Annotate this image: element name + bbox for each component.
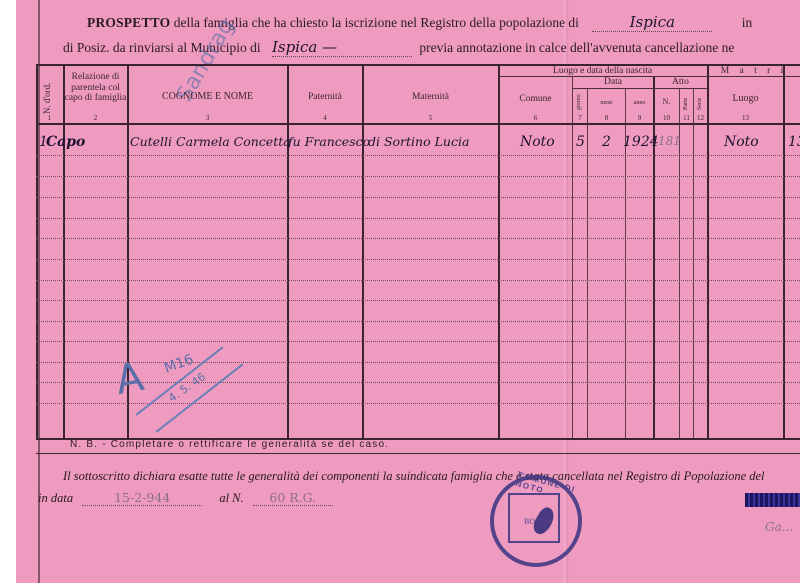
cell-anno: 1924: [623, 134, 659, 150]
column-header-comune: Comune: [499, 94, 572, 105]
subgroup-header-divider: [572, 88, 707, 89]
col-divider: [572, 76, 573, 438]
marriage-header-divider: [707, 76, 800, 77]
column-header-cognome-nome: COGNOME E NOME: [128, 92, 287, 103]
column-number: 6: [499, 114, 572, 122]
municipal-stamp: COMUNE DI NOTO BOLLO: [490, 475, 582, 567]
header-line-2-text: di Posiz. da rinviarsi al Municipio di: [63, 40, 261, 55]
cell-matrimonio-data: 13-: [788, 134, 800, 150]
column-number: 9: [626, 114, 653, 122]
column-header-paternita: Paternità: [288, 92, 362, 103]
row-line: [36, 382, 800, 383]
group-header-date: Data: [573, 77, 653, 88]
cell-matrimonio-luogo: Noto: [724, 134, 759, 150]
row-line: [36, 176, 800, 177]
col-divider: [653, 76, 655, 438]
group-header-birth: Luogo e data della nascita: [498, 66, 707, 77]
family-table: N. d'ord. Relazione di parentela col cap…: [36, 64, 800, 440]
column-header-parte: Parte: [683, 90, 689, 110]
column-header-anno: anno: [626, 98, 653, 109]
row-line: [36, 259, 800, 260]
column-header-maternita: Maternità: [363, 92, 498, 103]
row-line: [36, 155, 800, 156]
column-number: 4: [288, 114, 362, 122]
column-number: 7: [573, 114, 587, 122]
municipality-value: Ispica —: [272, 38, 412, 57]
column-number: 13: [708, 114, 783, 122]
row-line: [36, 362, 800, 363]
column-number: 1: [36, 114, 63, 122]
col-divider: [693, 88, 694, 438]
signature: Ga...: [765, 520, 793, 534]
row-line: [36, 300, 800, 301]
group-header-act: Atto: [654, 77, 707, 88]
column-number: 3: [128, 114, 287, 122]
column-number: 12: [694, 114, 707, 122]
nb-note: N. B. - Completare o rettificare le gene…: [70, 439, 389, 450]
col-divider: [587, 88, 588, 438]
column-number: 11: [680, 114, 693, 122]
official-ink-stamp: [745, 493, 800, 507]
header-bottom-line: [36, 123, 800, 125]
group-header-marriage: M a t r i: [708, 66, 800, 77]
column-number: 8: [588, 114, 625, 122]
declaration-date-line: in data 15-2-944 al N. 60 R.G.: [38, 490, 333, 506]
column-header-giorno: giorno: [576, 90, 582, 110]
header-line-2-suffix: previa annotazione in calce dell'avvenut…: [419, 40, 734, 55]
note-divider: [36, 453, 800, 454]
column-header-relazione: Relazione di parentela col capo di famig…: [64, 72, 127, 104]
column-header-atto-n: N.: [654, 97, 679, 108]
cell-atto-n: 181: [658, 134, 681, 148]
stamp-bollo: BOLLO: [524, 517, 551, 526]
column-number: 10: [654, 114, 679, 122]
cell-cognome-nome: Cutelli Carmela Concetta: [130, 134, 291, 149]
number-value: 60 R.G.: [253, 490, 333, 506]
cell-comune: Noto: [520, 134, 555, 150]
row-line: [36, 197, 800, 198]
row-line: [36, 280, 800, 281]
column-header-luogo: Luogo: [708, 94, 783, 105]
column-number: 2: [64, 114, 127, 122]
form-title: PROSPETTO: [87, 15, 170, 30]
number-label: al N.: [219, 491, 243, 505]
declaration-text: Il sottoscritto dichiara esatte tutte le…: [63, 469, 765, 484]
header-line-1: PROSPETTO della famiglia che ha chiesto …: [87, 13, 752, 32]
header-line-2: di Posiz. da rinviarsi al Municipio di I…: [63, 38, 734, 57]
date-label: in data: [38, 491, 73, 505]
column-header-serie: Serie: [697, 90, 703, 110]
cell-maternita: di Sortino Lucia: [368, 134, 469, 149]
column-header-mese: mese: [588, 98, 625, 109]
cell-mese: 2: [602, 134, 611, 150]
date-value: 15-2-944: [82, 490, 202, 506]
column-number: 5: [363, 114, 498, 122]
column-header-n-ord: N. d'ord.: [42, 72, 52, 114]
row-line: [36, 238, 800, 239]
registry-town-value: Ispica: [592, 13, 712, 32]
header-line-1-suffix: in: [742, 15, 753, 30]
row-line: [36, 321, 800, 322]
row-line: [36, 218, 800, 219]
row-line: [36, 341, 800, 342]
cell-relazione: Capo: [46, 134, 85, 150]
stamp-box: BOLLO: [508, 493, 560, 543]
cell-giorno: 5: [576, 134, 585, 150]
cell-paternita: fu Francesco: [288, 134, 370, 149]
